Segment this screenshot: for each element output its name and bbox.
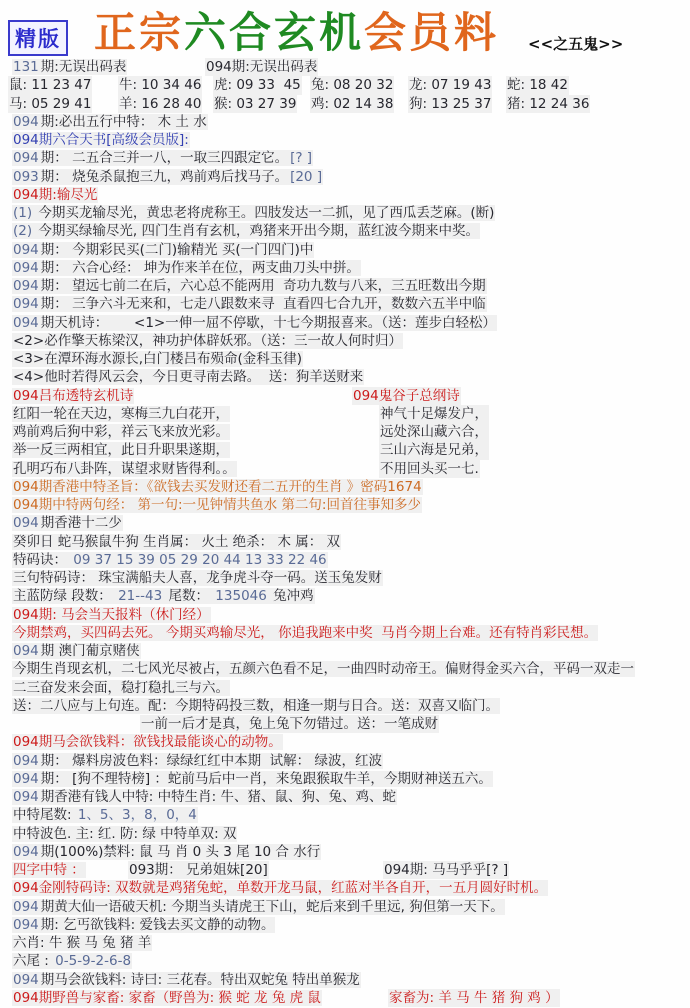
text-segment: 期马会欲钱料: 诗曰: 三花春。特出双蛇兔 特出单猴龙 bbox=[40, 972, 361, 988]
text-segment: 094 bbox=[12, 515, 40, 531]
text-line: 094期六合天书[高级会员版]: bbox=[0, 131, 690, 149]
text-segment: (1) bbox=[12, 205, 33, 221]
text-line: <4>他时若得风云会，今日更寻南去路。 送：狗羊送财来 bbox=[0, 368, 690, 386]
text-segment: 虎: 09 33 45 bbox=[213, 76, 302, 94]
text-segment: 尾数： bbox=[163, 588, 214, 604]
text-line: 094期： [狗不理特榜] ：蛇前马后中一肖，来兔跟猴取牛羊，今期财神送五六。 bbox=[0, 770, 690, 788]
text-segment: 鼠: 11 23 47 bbox=[8, 76, 92, 94]
text-segment: 09 37 15 39 05 29 20 44 13 33 22 46 bbox=[72, 552, 327, 568]
text-line: 六尾 : 0-5-9-2-6-8 bbox=[0, 952, 690, 970]
text-segment: 中特波色. 主: 红. 防: 绿 中特单双: 双 bbox=[12, 826, 237, 842]
text-line: <3>在潭环海水源长,白门楼吕布殒命(金科玉律) bbox=[0, 350, 690, 368]
text-segment: 龙: 07 19 43 bbox=[408, 76, 492, 94]
text-line: 094金刚特码诗: 双数就是鸡猪兔蛇，单数开龙马鼠，红蓝对半各自开，一五月圆好时… bbox=[0, 879, 690, 897]
text-segment: 094 bbox=[12, 753, 40, 769]
text-line: 特码诀： 09 37 15 39 05 29 20 44 13 33 22 46 bbox=[0, 551, 690, 569]
text-segment: 094 bbox=[12, 242, 40, 258]
text-line: 094期(100%)禁料: 鼠 马 肖 0 头 3 尾 10 合 水行 bbox=[0, 843, 690, 861]
text-segment: 期 澳门葡京赌侠 bbox=[40, 643, 141, 659]
text-segment: 093 bbox=[12, 169, 40, 185]
text-segment: 094 bbox=[12, 315, 40, 331]
text-segment: 094 bbox=[12, 278, 40, 294]
text-segment: 094期六合天书[高级会员版]: bbox=[12, 132, 190, 148]
text-line: 094期中特两句经： 第一句:一见钟情共鱼水 第二句:回首往事知多少 bbox=[0, 496, 690, 514]
text-segment: 094 bbox=[12, 114, 40, 130]
text-segment: 094期:无误出码表 bbox=[205, 58, 318, 76]
text-segment: 期香港有钱人中特: 中特生肖: 牛、猪、鼠、狗、兔、鸡、蛇 bbox=[40, 789, 397, 805]
text-line: 癸卯日 蛇马猴鼠牛狗 生肖属： 火土 绝杀： 木 属： 双 bbox=[0, 533, 690, 551]
title-segment: 会员料 bbox=[364, 8, 499, 57]
text-segment: 孔明巧布八卦阵，谋望求财皆得利。。 bbox=[12, 461, 237, 477]
text-segment: 期： 爆料房波色料：绿绿红红中本期 试解： 绿波，红波 bbox=[40, 753, 383, 769]
text-segment: 特码诀： bbox=[12, 552, 72, 568]
text-segment: 三山六海是兄弟， bbox=[379, 441, 489, 459]
text-line: 举一反三两相宜，此日升职果遂期，三山六海是兄弟， bbox=[0, 441, 690, 459]
text-line: 094期香港有钱人中特: 中特生肖: 牛、猪、鼠、狗、兔、鸡、蛇 bbox=[0, 788, 690, 806]
text-line: 094期黄大仙一语破天机: 今期当头请虎王下山，蛇后来到千里远, 狗但第一天下。 bbox=[0, 898, 690, 916]
text-segment: 094 bbox=[12, 917, 40, 933]
text-segment: 远处深山藏六合， bbox=[379, 423, 489, 441]
text-segment: 094期野兽与家畜: 家畜（野兽为: 猴 蛇 龙 兔 虎 鼠 bbox=[12, 990, 322, 1006]
text-line: 094期:必出五行中特： 木 土 水 bbox=[0, 113, 690, 131]
text-segment: 期： 六合心经： 坤为作来羊在位，两支曲刀头中拼。 bbox=[40, 260, 361, 276]
text-segment: 094吕布透特玄机诗 bbox=[12, 388, 134, 404]
text-segment: 猴: 03 27 39 bbox=[213, 95, 297, 113]
text-segment: 094 bbox=[12, 789, 40, 805]
text-segment: 094期中特两句经： 第一句:一见钟情共鱼水 第二句:回首往事知多少 bbox=[12, 497, 422, 513]
text-line: 094期马会欲钱料：欲钱找最能谈心的动物。 bbox=[0, 733, 690, 751]
text-line: 红阳一轮在天边，寒梅三九白花开，神气十足爆发户， bbox=[0, 405, 690, 423]
text-segment: 093期： 兄弟姐妹[20] bbox=[128, 861, 269, 879]
text-line: 094期:输尽光 bbox=[0, 186, 690, 204]
text-segment: [20 ] bbox=[289, 169, 323, 185]
text-segment: 094 bbox=[12, 844, 40, 860]
text-line: 093期： 烧兔杀鼠抱三九，鸡前鸡后找马子。[20 ] bbox=[0, 168, 690, 186]
text-segment: 期： 今期彩民买(二门)输精光 买(一门四门)中 bbox=[40, 242, 315, 258]
text-segment: 094 bbox=[12, 260, 40, 276]
text-line: 三句特码诗： 珠宝满船夫人喜，龙争虎斗夺一码。送玉兔发财 bbox=[0, 569, 690, 587]
text-segment: 今期生肖现玄机，二七风光尽被占，五颜六色看不足，一曲四时动帝王。偏财得金买六合，… bbox=[12, 661, 635, 677]
text-segment: 今期买绿输尽光, 四门生肖有玄机，鸡猪来开出今期，蓝红波今期来中奖。 bbox=[33, 223, 480, 239]
text-segment: 牛: 10 34 46 bbox=[118, 76, 202, 94]
text-segment: 094期香港中特圣旨：《欲钱去买发财还看二五开的生肖 》密码1674 bbox=[12, 479, 423, 495]
text-line: 四字中特 ：093期： 兄弟姐妹[20]094期: 马马乎乎[? ] bbox=[0, 861, 690, 879]
text-line: 主蓝防绿 段数： 21--43 尾数： 135046 兔冲鸡 bbox=[0, 587, 690, 605]
text-segment: 期： [狗不理特榜] ：蛇前马后中一肖，来兔跟猴取牛羊，今期财神送五六。 bbox=[40, 771, 493, 787]
text-segment: 羊: 16 28 40 bbox=[118, 95, 202, 113]
lottery-tip-sheet: 精版 正宗六合玄机会员料 <<之五鬼>> 131期:无误出码表094期:无误出码… bbox=[0, 0, 690, 1008]
text-line: 094期: 乞丐欲钱料: 爱钱去买文静的动物。 bbox=[0, 916, 690, 934]
text-segment: 期: 乞丐欲钱料: 爱钱去买文静的动物。 bbox=[40, 917, 276, 933]
text-segment: 094 bbox=[12, 150, 40, 166]
text-segment: 期黄大仙一语破天机: 今期当头请虎王下山，蛇后来到千里远, 狗但第一天下。 bbox=[40, 899, 505, 915]
text-segment: 举一反三两相宜，此日升职果遂期， bbox=[12, 442, 230, 458]
text-segment: 兔: 08 20 32 bbox=[310, 76, 394, 94]
text-segment: 家畜为: 羊 马 牛 猪 狗 鸡 ） bbox=[388, 989, 560, 1007]
text-segment: 三句特码诗： 珠宝满船夫人喜，龙争虎斗夺一码。送玉兔发财 bbox=[12, 570, 383, 586]
text-segment: <2>必作擎天栋梁汉，神功护体辟妖邪。（送：三一故人何时归） bbox=[12, 333, 403, 349]
text-line: 094期： 六合心经： 坤为作来羊在位，两支曲刀头中拼。 bbox=[0, 259, 690, 277]
text-line: (1) 今期买龙输尽光，黄忠老将虎称王。四肢发达一二抓，见了西瓜丢芝麻。(断) bbox=[0, 204, 690, 222]
text-segment: 21--43 bbox=[117, 588, 163, 604]
text-segment: 094期: 马马乎乎[? ] bbox=[383, 861, 509, 879]
text-segment: 四字中特 ： bbox=[12, 862, 86, 878]
header: 精版 正宗六合玄机会员料 <<之五鬼>> bbox=[0, 0, 690, 56]
text-line: 中特尾数: 1、5、3，8，0，4 bbox=[0, 806, 690, 824]
text-segment: 1、5、3，8，0，4 bbox=[77, 807, 198, 823]
text-line: 094期： 二五合三并一八，一取三四跟定它。[? ] bbox=[0, 149, 690, 167]
text-segment: 不用回头买一七. bbox=[379, 460, 480, 478]
text-line: 中特波色. 主: 红. 防: 绿 中特单双: 双 bbox=[0, 825, 690, 843]
text-line: 送：二八应与上句连。配：今期特码投三数，相逢一期与日合。送：双喜又临门。 bbox=[0, 697, 690, 715]
text-segment: 期： 二五合三并一八，一取三四跟定它。 bbox=[40, 150, 289, 166]
edition-badge: 精版 bbox=[8, 20, 68, 56]
text-segment: 期(100%)禁料: 鼠 马 肖 0 头 3 尾 10 合 水行 bbox=[40, 844, 321, 860]
text-line: 094期： 今期彩民买(二门)输精光 买(一门四门)中 bbox=[0, 241, 690, 259]
text-line: 094期 澳门葡京赌侠 bbox=[0, 642, 690, 660]
text-segment: 期： 望远七前二在后，六心总不能两用 奇功九数与八来，三五旺数出今期 bbox=[40, 278, 487, 294]
text-segment: 094期马会欲钱料：欲钱找最能谈心的动物。 bbox=[12, 734, 283, 750]
text-segment: 0-5-9-2-6-8 bbox=[54, 953, 132, 969]
text-line: 094期香港中特圣旨：《欲钱去买发财还看二五开的生肖 》密码1674 bbox=[0, 478, 690, 496]
text-segment: 鸡: 02 14 38 bbox=[310, 95, 394, 113]
text-line: 马: 05 29 41羊: 16 28 40猴: 03 27 39鸡: 02 1… bbox=[0, 95, 690, 113]
text-segment: 马: 05 29 41 bbox=[8, 95, 92, 113]
text-segment: 094 bbox=[12, 899, 40, 915]
text-segment: 135046 bbox=[214, 588, 268, 604]
text-segment: 癸卯日 蛇马猴鼠牛狗 生肖属： 火土 绝杀： 木 属： 双 bbox=[12, 534, 341, 550]
text-line: 094期： 爆料房波色料：绿绿红红中本期 试解： 绿波，红波 bbox=[0, 752, 690, 770]
text-segment: 狗: 13 25 37 bbox=[408, 95, 492, 113]
text-segment: 094期:输尽光 bbox=[12, 187, 98, 203]
text-segment: 131 bbox=[12, 59, 40, 75]
title-segment: 六合玄机 bbox=[184, 8, 364, 57]
text-segment: 094期: 马会当天报料（休门经） bbox=[12, 607, 211, 623]
text-line: (2) 今期买绿输尽光, 四门生肖有玄机，鸡猪来开出今期，蓝红波今期来中奖。 bbox=[0, 222, 690, 240]
text-segment: 红阳一轮在天边，寒梅三九白花开， bbox=[12, 406, 230, 422]
text-line: 094期： 三争六斗无来和，七走八跟数来寻 直看四七合九开，数数六五半中临 bbox=[0, 295, 690, 313]
text-segment: 中特尾数: bbox=[12, 807, 77, 823]
text-line: 二三奋发来会面，稳打稳扎三与六。 bbox=[0, 679, 690, 697]
text-line: 一前一后才是真，兔上兔下勿错过。送：一笔成财 bbox=[0, 715, 690, 733]
text-segment: 094 bbox=[12, 771, 40, 787]
text-segment: 期： 烧兔杀鼠抱三九，鸡前鸡后找马子。 bbox=[40, 169, 289, 185]
text-line: 孔明巧布八卦阵，谋望求财皆得利。。不用回头买一七. bbox=[0, 460, 690, 478]
text-line: <2>必作擎天栋梁汉，神功护体辟妖邪。（送：三一故人何时归） bbox=[0, 332, 690, 350]
text-line: 094期香港十二少 bbox=[0, 514, 690, 532]
text-line: 094期野兽与家畜: 家畜（野兽为: 猴 蛇 龙 兔 虎 鼠家畜为: 羊 马 牛… bbox=[0, 989, 690, 1007]
text-line: 094期: 马会当天报料（休门经） bbox=[0, 606, 690, 624]
text-segment: 094 bbox=[12, 972, 40, 988]
text-segment: 送：二八应与上句连。配：今期特码投三数，相逢一期与日合。送：双喜又临门。 bbox=[12, 698, 500, 714]
text-segment: 今期买龙输尽光，黄忠老将虎称王。四肢发达一二抓，见了西瓜丢芝麻。(断) bbox=[33, 205, 495, 221]
text-segment: 094金刚特码诗: 双数就是鸡猪兔蛇，单数开龙马鼠，红蓝对半各自开，一五月圆好时… bbox=[12, 880, 548, 896]
text-segment: 期:必出五行中特： 木 土 水 bbox=[40, 114, 208, 130]
text-segment: 六肖: 牛 猴 马 兔 猪 羊 bbox=[12, 935, 152, 951]
text-segment: 主蓝防绿 段数： bbox=[12, 588, 117, 604]
text-segment: 兔冲鸡 bbox=[268, 588, 315, 604]
text-line: 六肖: 牛 猴 马 兔 猪 羊 bbox=[0, 934, 690, 952]
text-segment: 094 bbox=[12, 643, 40, 659]
text-line: 鸡前鸡后狗中彩，祥云飞来放光彩。远处深山藏六合， bbox=[0, 423, 690, 441]
text-segment: 期： 三争六斗无来和，七走八跟数来寻 直看四七合九开，数数六五半中临 bbox=[40, 296, 487, 312]
text-line: 094期天机诗： <1>一伸一屈不停歇，十七今期报喜来。（送：莲步白轻松） bbox=[0, 314, 690, 332]
page-title: 正宗六合玄机会员料 bbox=[94, 0, 499, 56]
text-segment: 二三奋发来会面，稳打稳扎三与六。 bbox=[12, 680, 230, 696]
text-line: 094期马会欲钱料: 诗曰: 三花春。特出双蛇兔 特出单猴龙 bbox=[0, 971, 690, 989]
text-segment: 一前一后才是真，兔上兔下勿错过。送：一笔成财 bbox=[140, 715, 439, 733]
text-segment: 今期禁鸡，买四码去死。 今期买鸡输尽光， 你追我跑来中奖 马肖今期上台难。还有特… bbox=[12, 625, 598, 641]
text-segment: 期天机诗： <1>一伸一屈不停歇，十七今期报喜来。（送：莲步白轻松） bbox=[40, 315, 497, 331]
text-segment: 六尾 : bbox=[12, 953, 54, 969]
text-line: 131期:无误出码表094期:无误出码表 bbox=[0, 58, 690, 76]
text-line: 今期生肖现玄机，二七风光尽被占，五颜六色看不足，一曲四时动帝王。偏财得金买六合，… bbox=[0, 660, 690, 678]
text-segment: <4>他时若得风云会，今日更寻南去路。 送：狗羊送财来 bbox=[12, 369, 364, 385]
text-segment: 期:无误出码表 bbox=[40, 59, 128, 75]
content-lines: 131期:无误出码表094期:无误出码表鼠: 11 23 47牛: 10 34 … bbox=[0, 58, 690, 1007]
text-segment: 期香港十二少 bbox=[40, 515, 123, 531]
text-segment: [? ] bbox=[289, 150, 313, 166]
text-segment: 鸡前鸡后狗中彩，祥云飞来放光彩。 bbox=[12, 424, 230, 440]
text-line: 今期禁鸡，买四码去死。 今期买鸡输尽光， 你追我跑来中奖 马肖今期上台难。还有特… bbox=[0, 624, 690, 642]
text-line: 094吕布透特玄机诗094鬼谷子总纲诗 bbox=[0, 387, 690, 405]
title-segment: 正宗 bbox=[94, 8, 184, 57]
text-segment: 神气十足爆发户， bbox=[379, 405, 489, 423]
text-segment: 猪: 12 24 36 bbox=[506, 95, 590, 113]
text-segment: (2) bbox=[12, 223, 33, 239]
text-segment: 蛇: 18 42 bbox=[506, 76, 569, 94]
text-segment: 094鬼谷子总纲诗 bbox=[352, 387, 461, 405]
text-segment: 094 bbox=[12, 296, 40, 312]
text-segment: <3>在潭环海水源长,白门楼吕布殒命(金科玉律) bbox=[12, 351, 303, 367]
text-line: 094期： 望远七前二在后，六心总不能两用 奇功九数与八来，三五旺数出今期 bbox=[0, 277, 690, 295]
title-subtitle: <<之五鬼>> bbox=[528, 33, 623, 54]
text-line: 鼠: 11 23 47牛: 10 34 46虎: 09 33 45兔: 08 2… bbox=[0, 76, 690, 94]
